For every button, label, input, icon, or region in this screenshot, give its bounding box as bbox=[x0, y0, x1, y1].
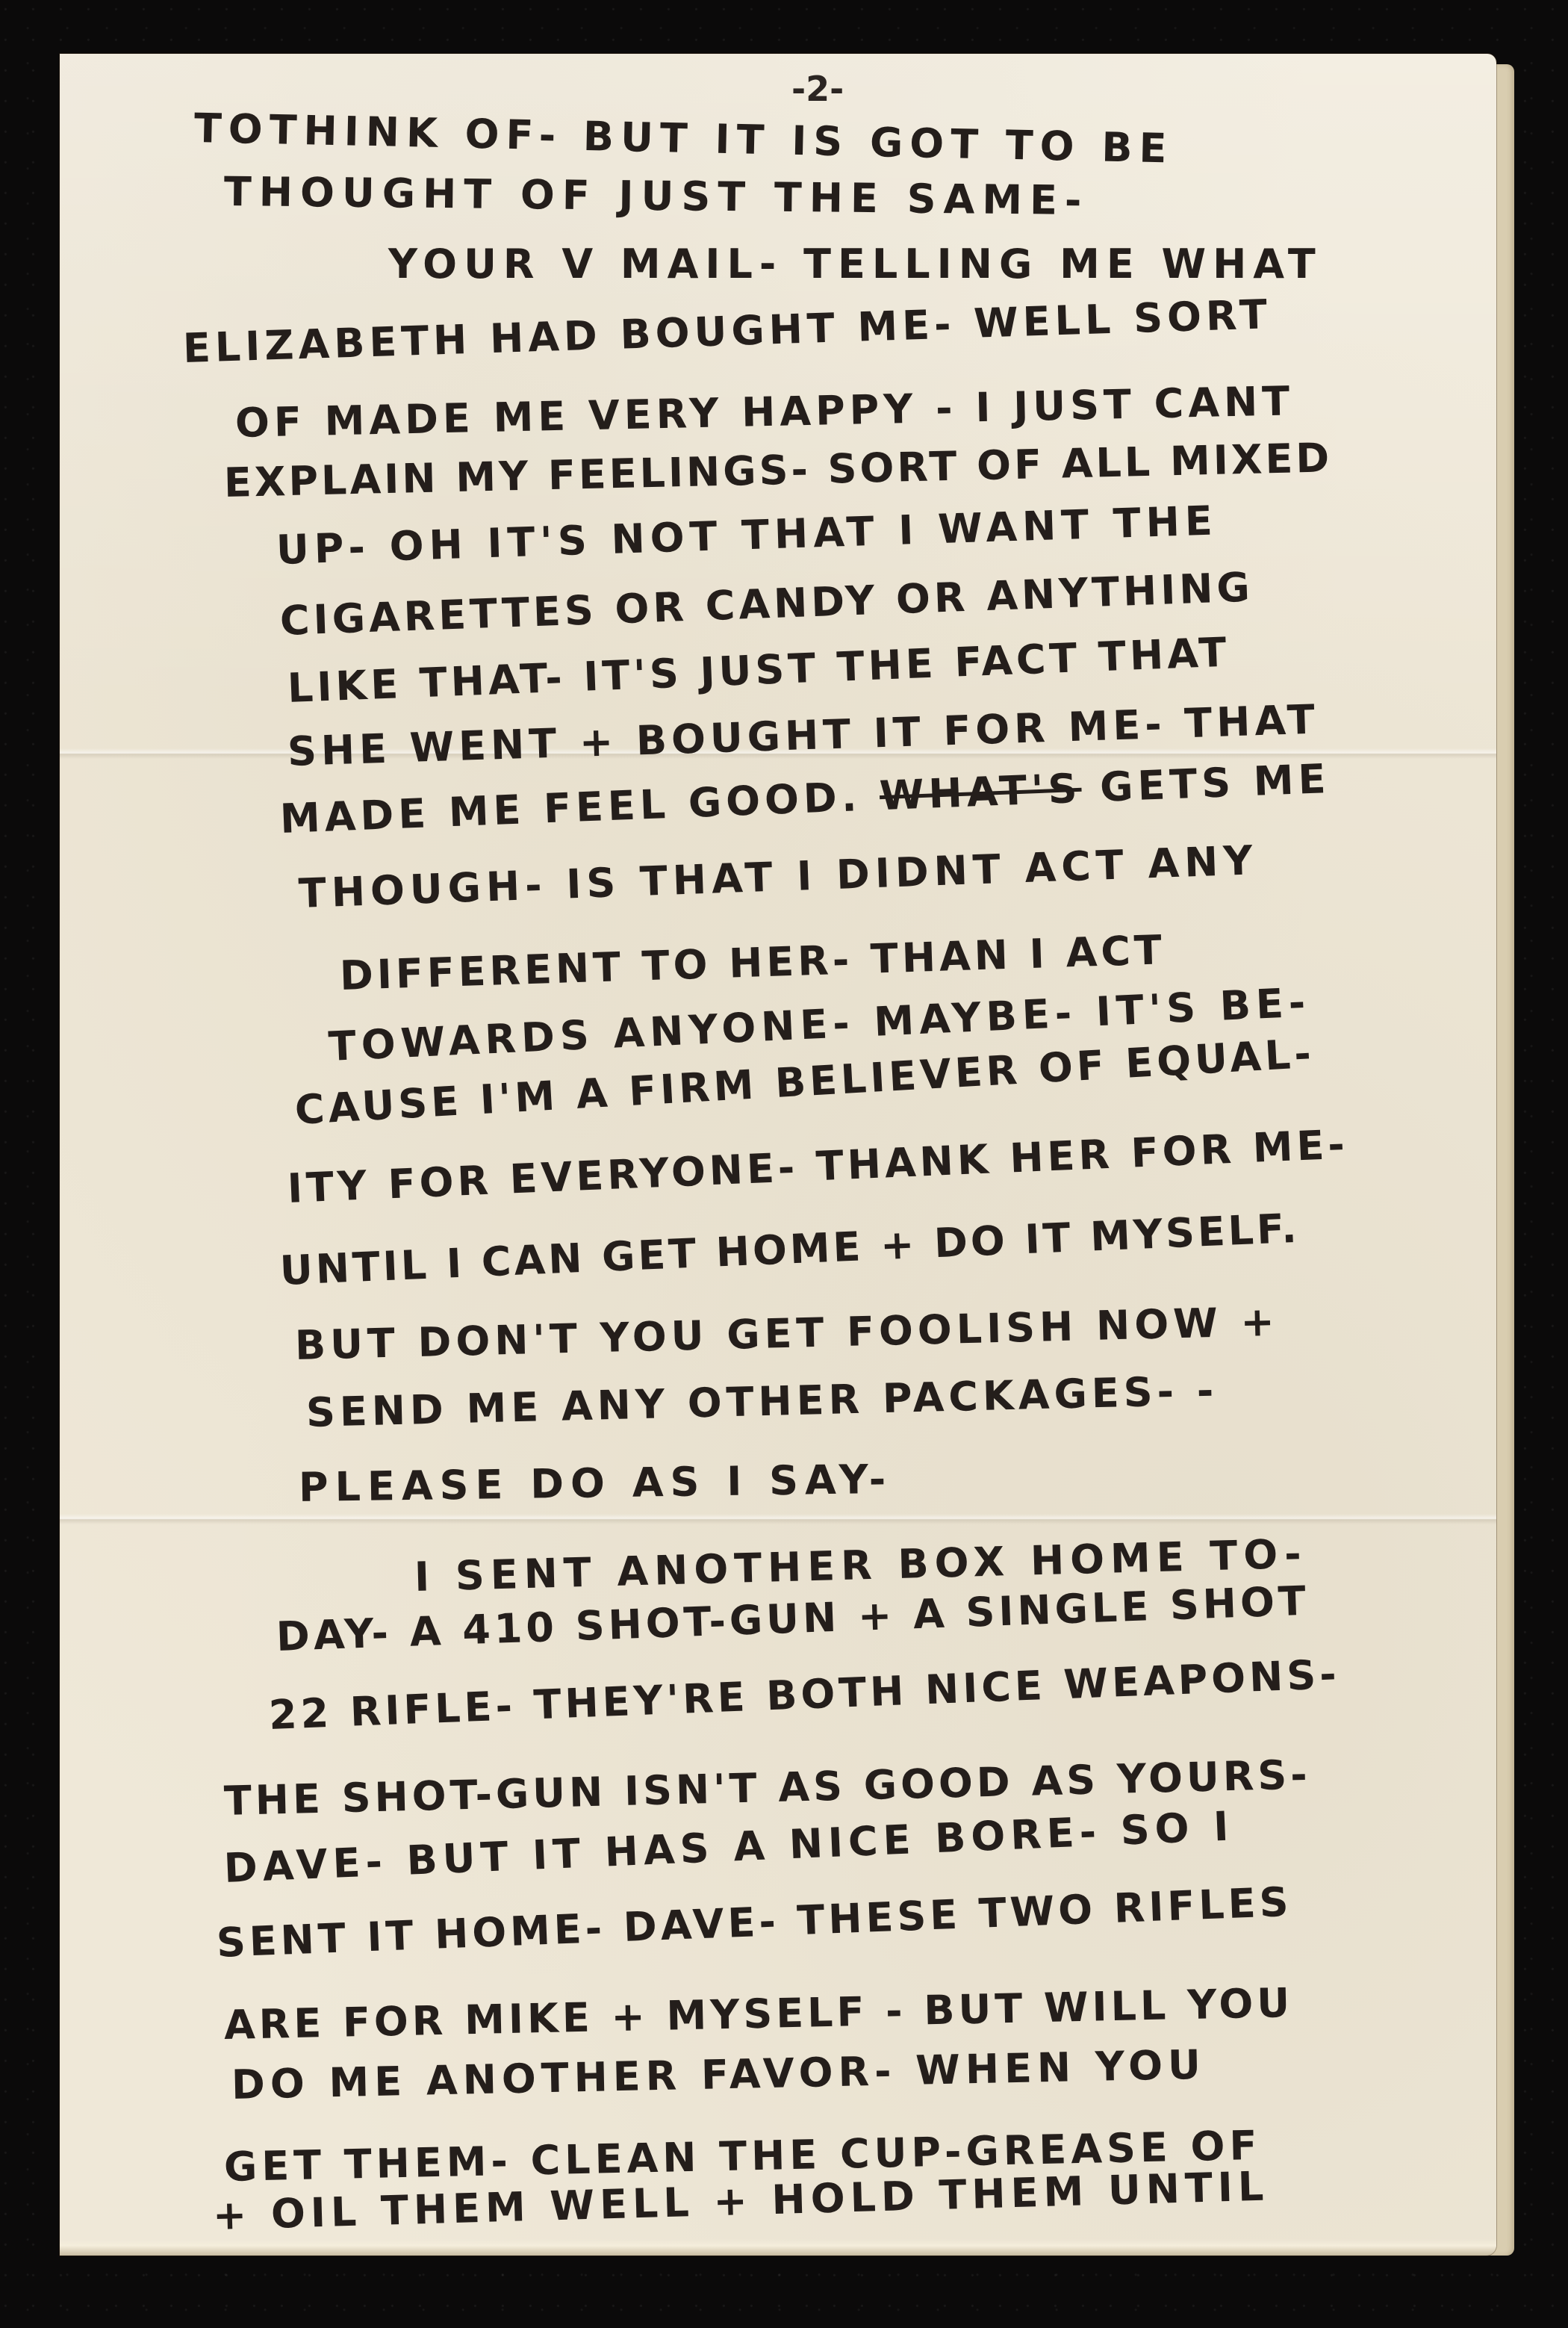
letter-line: YOUR V MAIL- TELLING ME WHAT bbox=[388, 240, 1322, 288]
page-number: -2- bbox=[791, 69, 844, 109]
fold-crease bbox=[60, 1514, 1496, 1524]
struck-word: WHAT'S bbox=[879, 765, 1083, 819]
letter-line: PLEASE DO AS I SAY- bbox=[299, 1456, 893, 1511]
bottom-edge bbox=[60, 2239, 1496, 2256]
letter-line: THOUGHT OF JUST THE SAME- bbox=[224, 168, 1089, 224]
line-text: GETS ME bbox=[1080, 755, 1331, 812]
